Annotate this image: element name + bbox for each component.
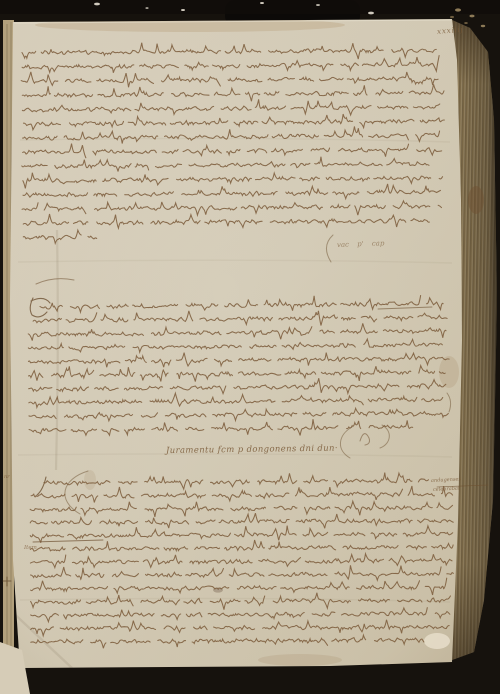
right-stain: [439, 356, 459, 388]
left-stain: [84, 470, 96, 490]
bottom-stain: [258, 654, 342, 666]
fore-edge-stain: [468, 186, 484, 214]
manuscript-page-scene: xxxiiij vac p' cap Juramentu fcm p dongo…: [0, 0, 500, 694]
left-margin-mark: nr: [4, 474, 10, 480]
inline-item-mark: Item: [23, 545, 37, 551]
bottom-right-patch: [424, 633, 450, 649]
manuscript-photograph: xxxiiij vac p' cap Juramentu fcm p dongo…: [0, 0, 500, 694]
interline-annotation: vac p' cap: [337, 239, 385, 249]
top-band: [0, 0, 500, 14]
